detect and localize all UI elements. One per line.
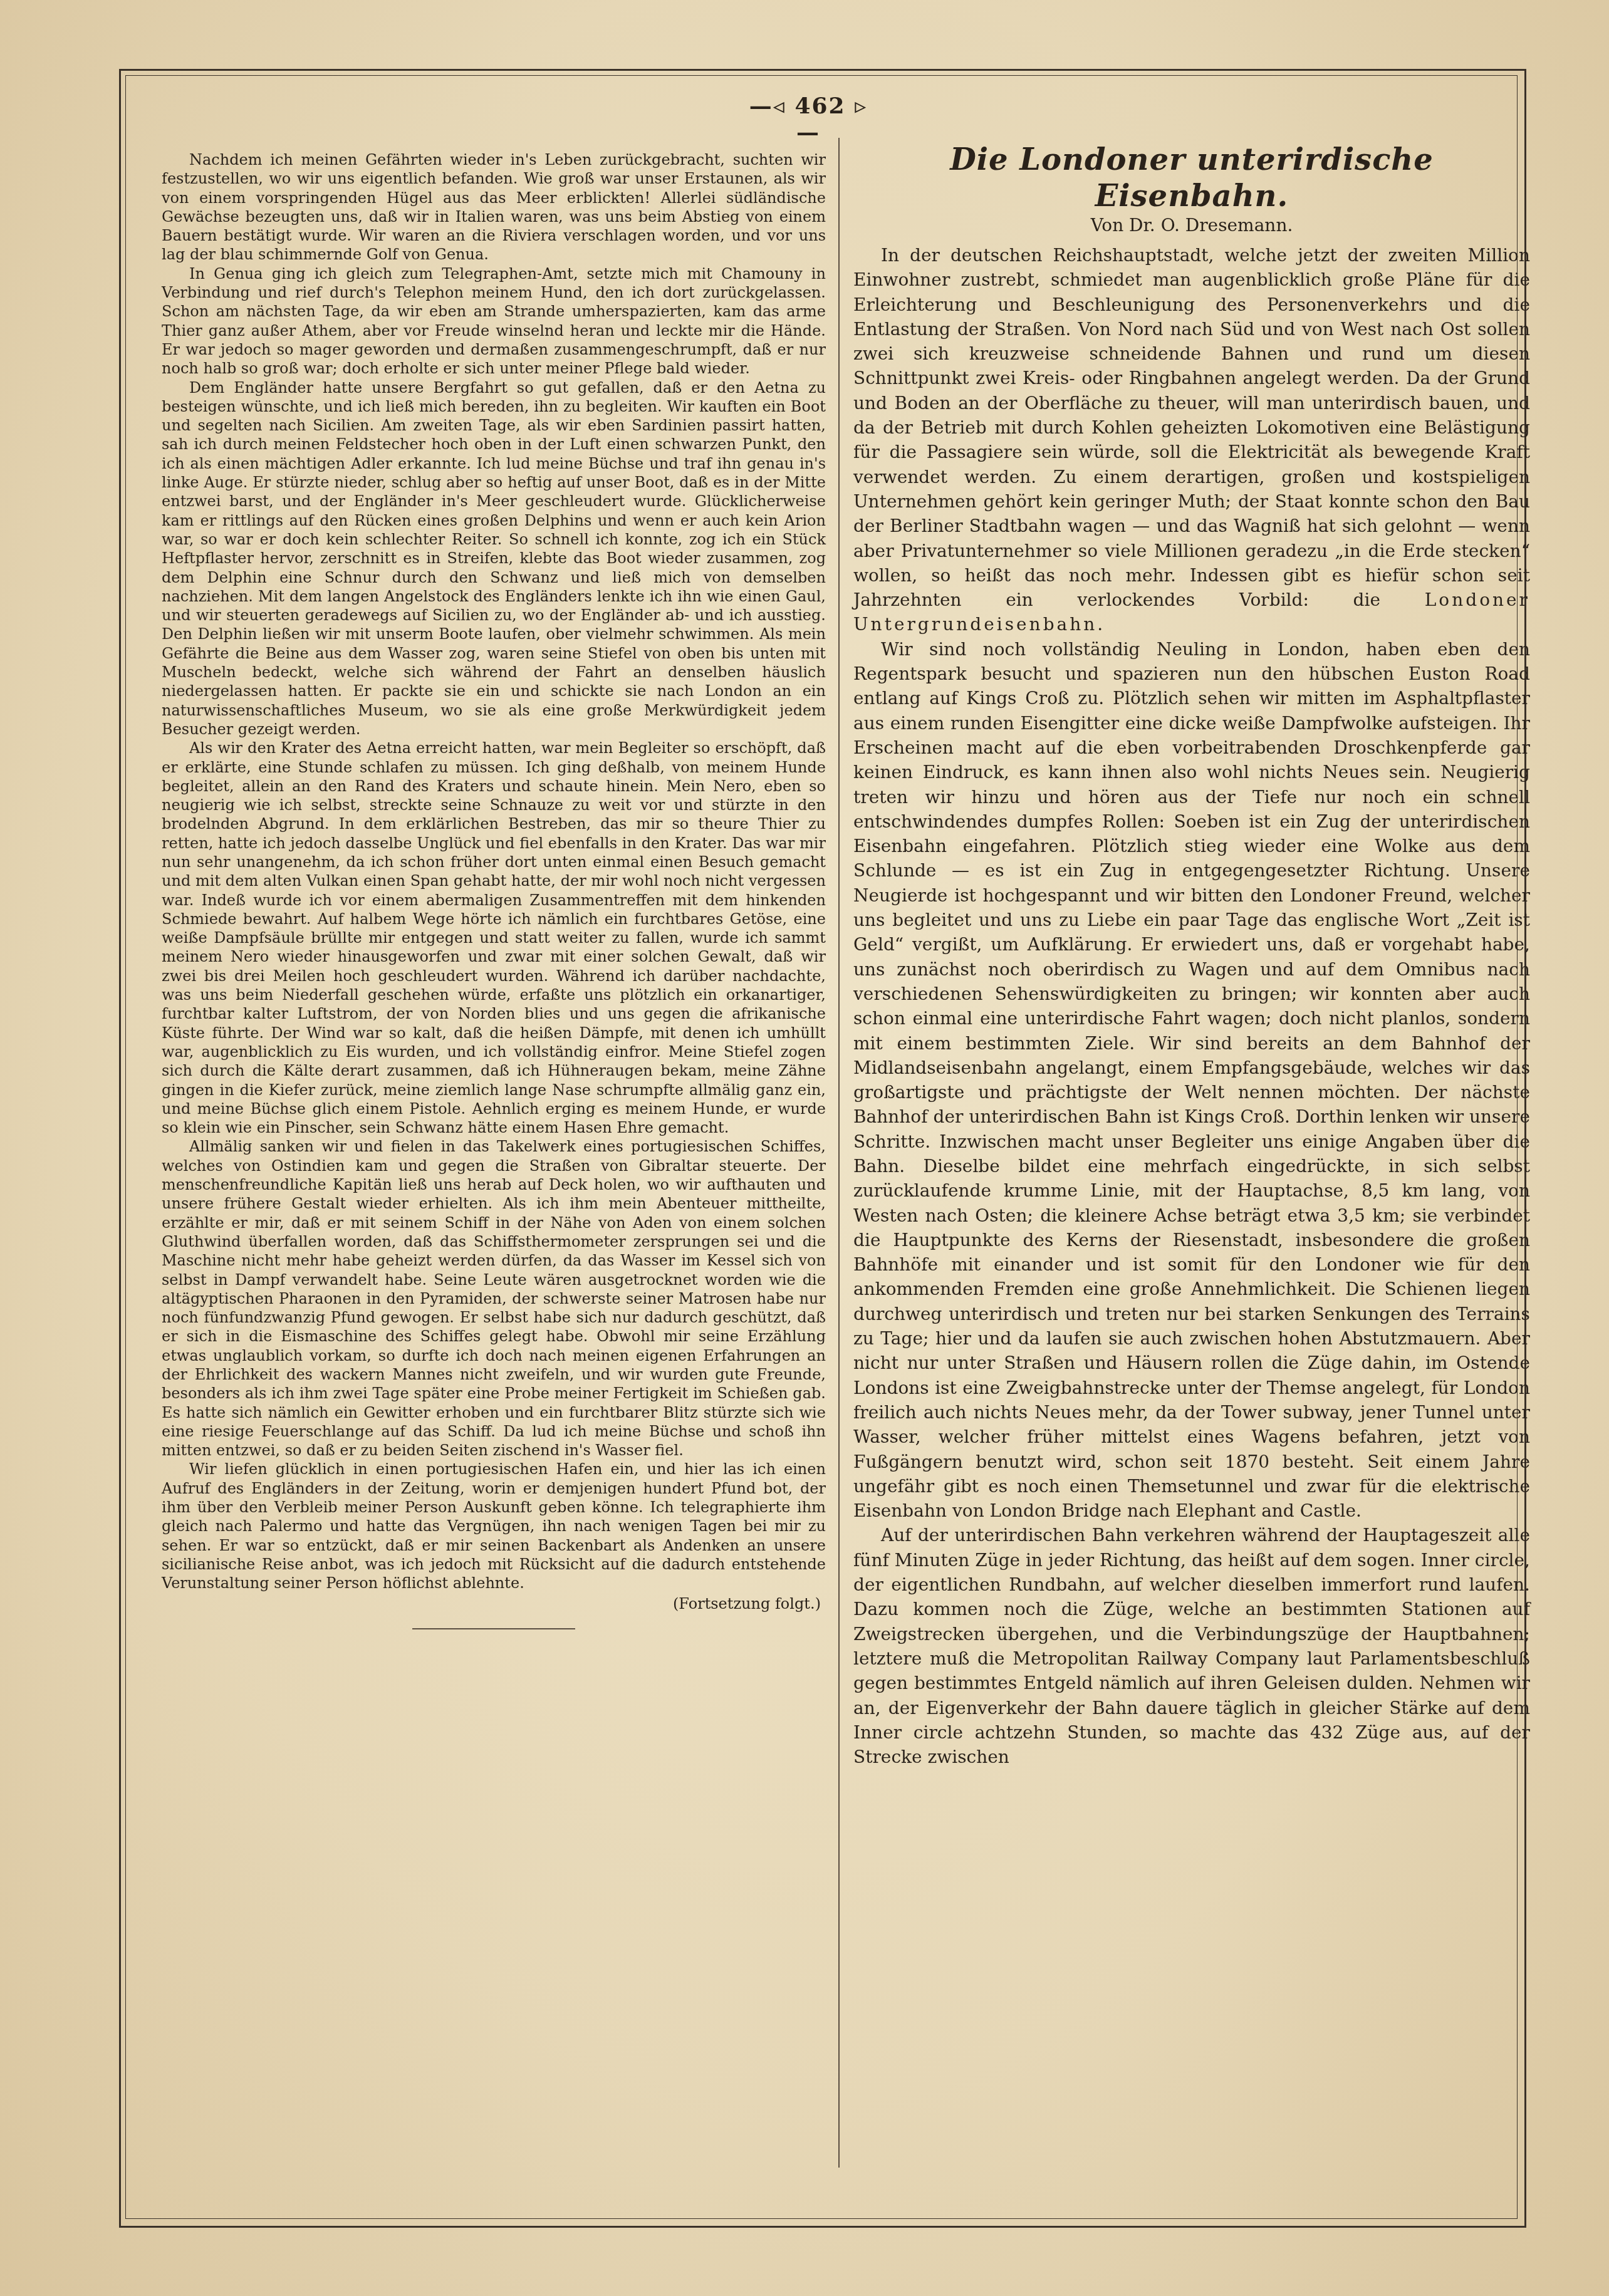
article-paragraph: In der deutschen Reichshauptstadt, welch… — [853, 243, 1530, 637]
end-rule — [412, 1628, 575, 1629]
story-paragraph: In Genua ging ich gleich zum Telegraphen… — [162, 264, 826, 378]
left-column-story: Nachdem ich meinen Gefährten wieder in's… — [162, 150, 826, 1629]
column-divider — [838, 138, 840, 2168]
story-paragraph: Als wir den Krater des Aetna erreicht ha… — [162, 739, 826, 1137]
right-column-article: Die Londoner unterirdische Eisenbahn. Vo… — [853, 137, 1530, 1769]
continued-note: (Fortsetzung folgt.) — [162, 1594, 826, 1613]
article-paragraph-text: In der deutschen Reichshauptstadt, welch… — [853, 245, 1530, 610]
story-paragraph: Nachdem ich meinen Gefährten wieder in's… — [162, 150, 826, 264]
article-paragraph: Wir sind noch vollständig Neuling in Lon… — [853, 637, 1530, 1524]
article-author: Von Dr. O. Dresemann. — [853, 214, 1530, 237]
page-number: 462 — [794, 93, 845, 119]
story-paragraph: Wir liefen glücklich in einen portugiesi… — [162, 1460, 826, 1592]
article-paragraph: Auf der unterirdischen Bahn verkehren wä… — [853, 1523, 1530, 1769]
article-title: Die Londoner unterirdische Eisenbahn. — [853, 142, 1530, 214]
story-paragraph: Allmälig sanken wir und fielen in das Ta… — [162, 1137, 826, 1460]
page-ornament-left: —◃ — [749, 93, 786, 119]
story-paragraph: Dem Engländer hatte unsere Bergfahrt so … — [162, 378, 826, 739]
